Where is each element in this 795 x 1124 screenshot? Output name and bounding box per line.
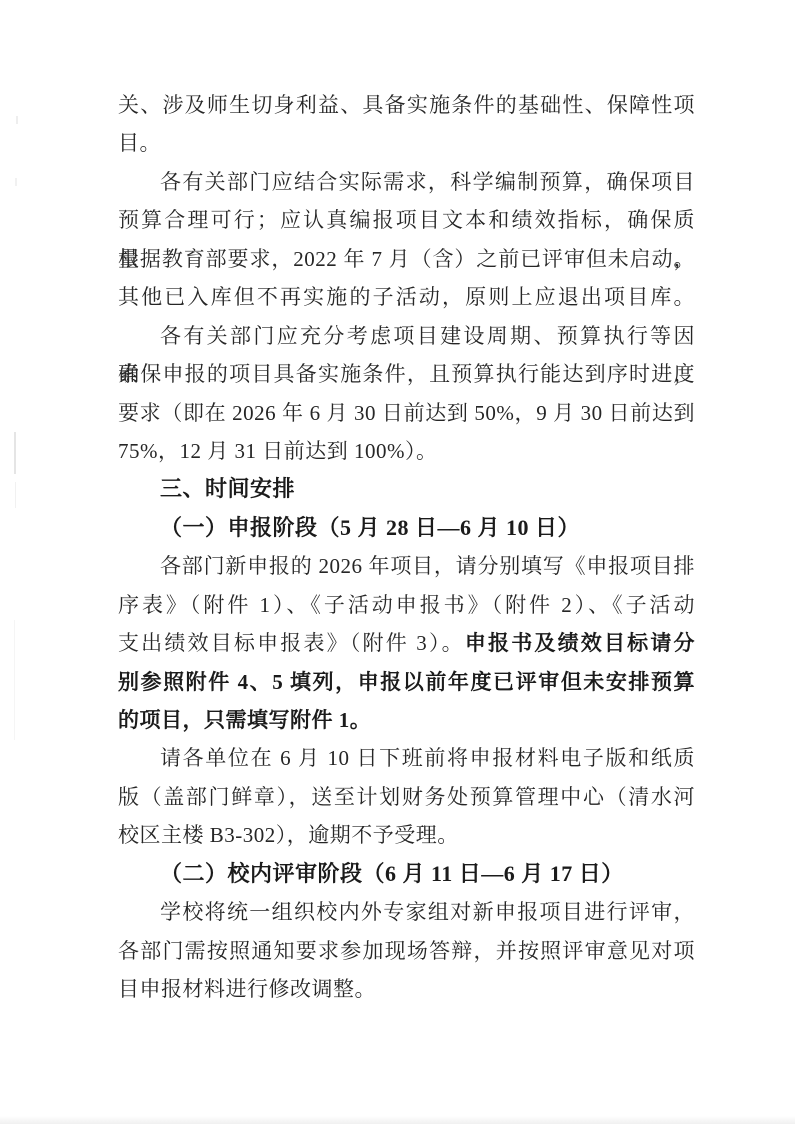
text-segment: 关、涉及师生切身利益、具备实施条件的基础性、保障性项 [118,93,695,117]
text-segment: 目。 [118,131,161,155]
bold-text-segment: （二）校内评审阶段（6 月 11 日—6 月 17 日） [160,861,624,886]
bold-text-segment: 三、时间安排 [160,476,295,501]
bold-text-segment: 的项目，只需填写附件 1。 [118,708,371,732]
text-line: 各部门需按照通知要求参加现场答辩，并按照评审意见对项 [118,932,695,970]
scan-artifact [14,432,16,474]
text-segment: 根据教育部要求，2022 年 7 月（含）之前已评审但未启动， [118,247,695,271]
text-line: 各有关部门应结合实际需求，科学编制预算，确保项目 [118,163,695,201]
scanned-document-page: 关、涉及师生切身利益、具备实施条件的基础性、保障性项目。各有关部门应结合实际需求… [0,0,795,1124]
text-line: 目。 [118,124,695,162]
document-body: 关、涉及师生切身利益、具备实施条件的基础性、保障性项目。各有关部门应结合实际需求… [118,86,695,1009]
scan-artifact [15,482,16,508]
text-segment: 目申报材料进行修改调整。 [118,977,376,1001]
text-segment: 75%，12 月 31 日前达到 100%）。 [118,439,438,463]
subsection-heading: （二）校内评审阶段（6 月 11 日—6 月 17 日） [118,855,695,893]
bold-text-segment: 申报书及绩效目标请分 [465,631,695,655]
text-line: 学校将统一组织校内外专家组对新申报项目进行评审， [118,893,695,931]
subsection-heading: （一）申报阶段（5 月 28 日—6 月 10 日） [118,509,695,547]
text-line: 目申报材料进行修改调整。 [118,970,695,1008]
section-heading: 三、时间安排 [118,470,695,508]
text-line: 预算合理可行；应认真编报项目文本和绩效指标，确保质量。 [118,201,695,239]
text-line: 根据教育部要求，2022 年 7 月（含）之前已评审但未启动， [118,240,695,278]
text-segment: 学校将统一组织校内外专家组对新申报项目进行评审， [160,900,695,924]
scan-artifact [14,620,15,740]
text-segment: 各部门新申报的 2026 年项目，请分别填写《申报项目排 [160,554,695,578]
text-line: 别参照附件 4、5 填列，申报以前年度已评审但未安排预算 [118,663,695,701]
text-line: 请各单位在 6 月 10 日下班前将申报材料电子版和纸质 [118,739,695,777]
text-segment: 请各单位在 6 月 10 日下班前将申报材料电子版和纸质 [160,746,695,770]
text-segment: 要求（即在 2026 年 6 月 30 日前达到 50%，9 月 30 日前达到 [118,401,695,425]
scan-artifact [16,116,18,124]
text-segment: 校区主楼 B3-302），逾期不予受理。 [118,823,459,847]
text-line: 要求（即在 2026 年 6 月 30 日前达到 50%，9 月 30 日前达到 [118,394,695,432]
text-line: 关、涉及师生切身利益、具备实施条件的基础性、保障性项 [118,86,695,124]
text-line: 校区主楼 B3-302），逾期不予受理。 [118,816,695,854]
text-line: 的项目，只需填写附件 1。 [118,701,695,739]
text-line: 序表》（附件 1）、《子活动申报书》（附件 2）、《子活动 [118,586,695,624]
text-segment: 版（盖部门鲜章），送至计划财务处预算管理中心（清水河 [118,785,695,809]
text-line: 其他已入库但不再实施的子活动，原则上应退出项目库。 [118,278,695,316]
text-line: 各有关部门应充分考虑项目建设周期、预算执行等因素， [118,317,695,355]
bold-text-segment: （一）申报阶段（5 月 28 日—6 月 10 日） [160,515,580,540]
text-line: 版（盖部门鲜章），送至计划财务处预算管理中心（清水河 [118,778,695,816]
text-line: 确保申报的项目具备实施条件，且预算执行能达到序时进度 [118,355,695,393]
text-segment: 各部门需按照通知要求参加现场答辩，并按照评审意见对项 [118,939,695,963]
text-segment: 序表》（附件 1）、《子活动申报书》（附件 2）、《子活动 [118,593,695,617]
text-line: 支出绩效目标申报表》（附件 3）。申报书及绩效目标请分 [118,624,695,662]
text-segment: 各有关部门应结合实际需求，科学编制预算，确保项目 [160,170,695,194]
text-line: 75%，12 月 31 日前达到 100%）。 [118,432,695,470]
text-segment: 其他已入库但不再实施的子活动，原则上应退出项目库。 [118,285,695,309]
scan-artifact [15,178,17,186]
text-segment: 确保申报的项目具备实施条件，且预算执行能达到序时进度 [118,362,695,386]
text-line: 各部门新申报的 2026 年项目，请分别填写《申报项目排 [118,547,695,585]
text-segment: 支出绩效目标申报表》（附件 3）。 [118,631,465,655]
bold-text-segment: 别参照附件 4、5 填列，申报以前年度已评审但未安排预算 [118,670,695,694]
page-bottom-shadow [0,1116,795,1124]
